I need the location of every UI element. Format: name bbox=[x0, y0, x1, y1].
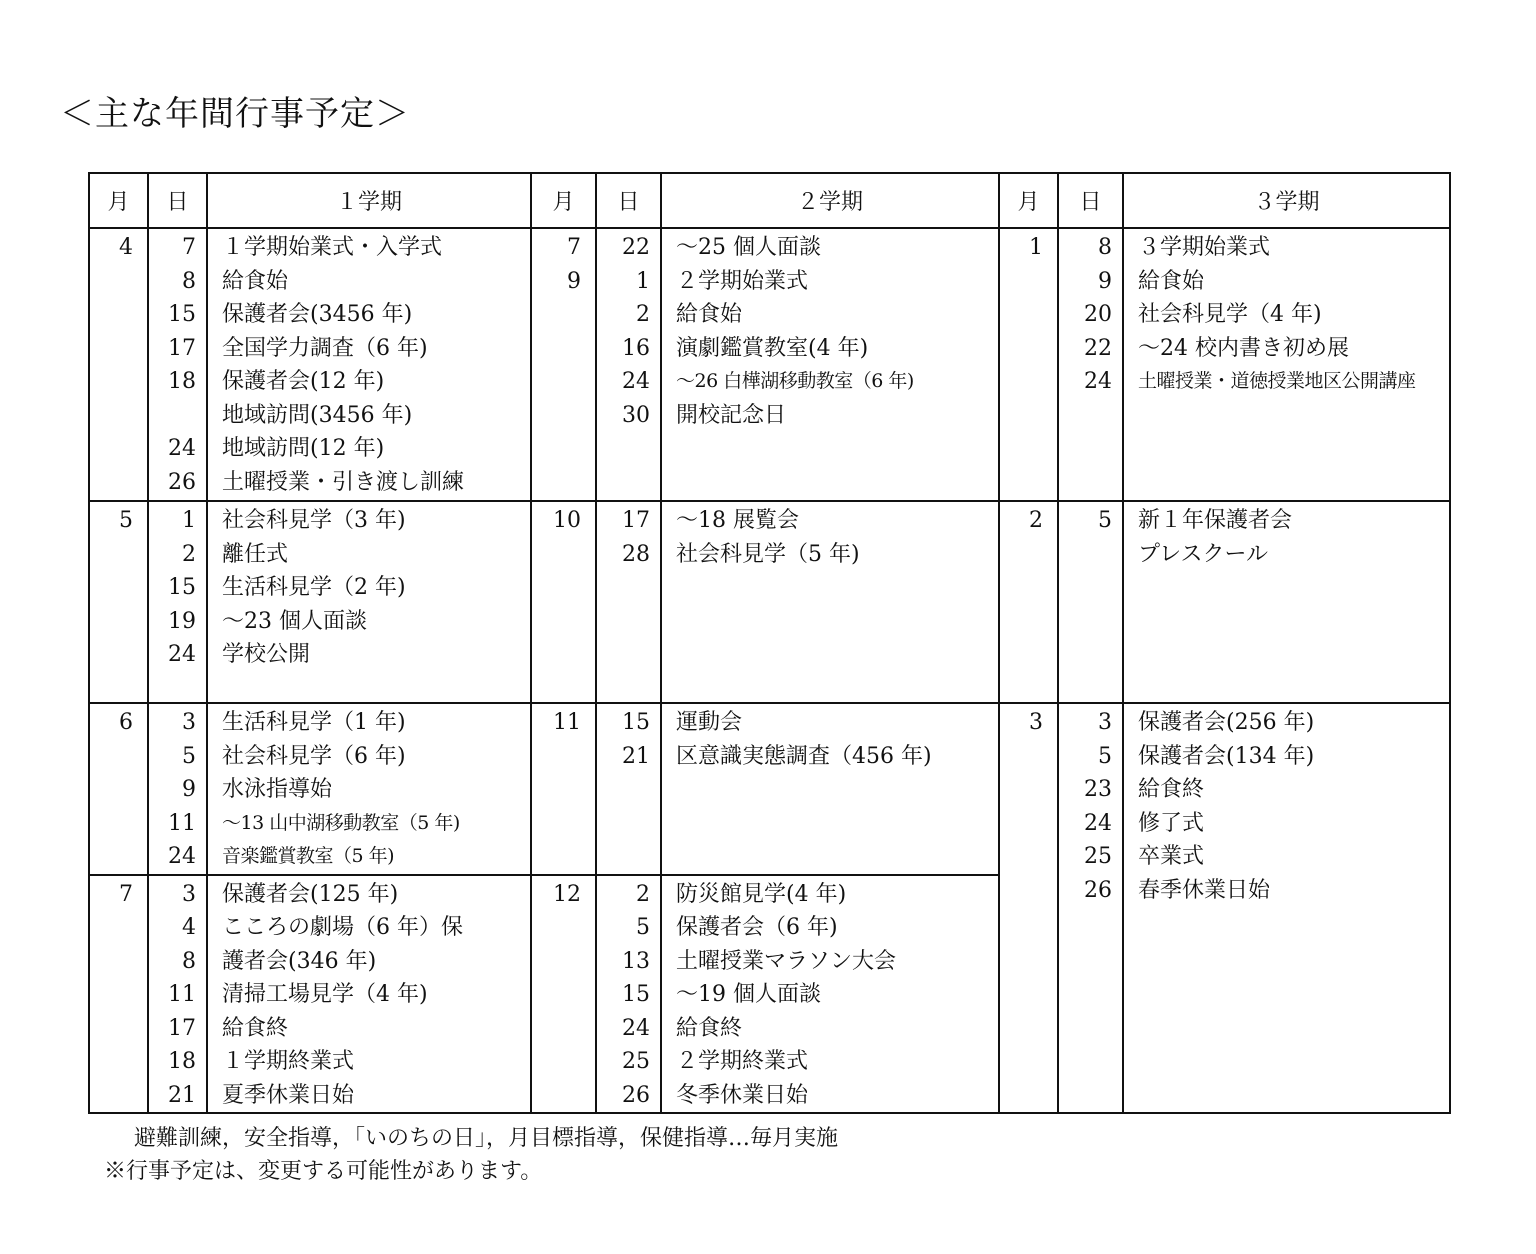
event-item: 全国学力調査（6 年) bbox=[222, 332, 530, 366]
header-term1: １学期 bbox=[207, 173, 531, 228]
table-row: 6 3 5 9 11 24 生活科見学（1 年) 社会科見学（6 年) 水泳指導… bbox=[89, 703, 1450, 875]
event-item: 保護者会(12 年) bbox=[222, 365, 530, 399]
event-item: 地域訪問(12 年) bbox=[222, 432, 530, 466]
event-item: 修了式 bbox=[1138, 807, 1449, 841]
event-item: 給食始 bbox=[676, 298, 998, 332]
event-item: 給食終 bbox=[676, 1012, 998, 1046]
event-item: ～23 個人面談 bbox=[222, 605, 530, 639]
day-cell: 2 5 13 15 24 25 26 bbox=[596, 875, 661, 1114]
event-item: 土曜授業マラソン大会 bbox=[676, 945, 998, 979]
event-item: 春季休業日始 bbox=[1138, 874, 1449, 908]
day-cell: 17 28 bbox=[596, 501, 661, 703]
event-item: 区意識実態調査（456 年) bbox=[676, 740, 998, 774]
event-item: 保護者会(125 年) bbox=[222, 878, 530, 912]
events-cell: 生活科見学（1 年) 社会科見学（6 年) 水泳指導始 ～13 山中湖移動教室（… bbox=[207, 703, 531, 875]
event-item: 給食始 bbox=[1138, 265, 1449, 299]
event-item: 護者会(346 年) bbox=[222, 945, 530, 979]
header-term3: ３学期 bbox=[1123, 173, 1450, 228]
event-item: 生活科見学（2 年) bbox=[222, 571, 530, 605]
month-cell: 5 bbox=[89, 501, 148, 703]
footnotes: 避難訓練，安全指導，「いのちの日」，月目標指導，保健指導…毎月実施 ※行事予定は… bbox=[104, 1122, 838, 1188]
events-cell: 社会科見学（3 年) 離任式 生活科見学（2 年) ～23 個人面談 学校公開 bbox=[207, 501, 531, 703]
month-cell: 1 bbox=[999, 228, 1058, 501]
event-item: 防災館見学(4 年) bbox=[676, 878, 998, 912]
event-item: １学期始業式・入学式 bbox=[222, 231, 530, 265]
event-item: 新１年保護者会 bbox=[1138, 504, 1449, 538]
month-cell: 10 bbox=[531, 501, 596, 703]
events-cell: 保護者会(256 年) 保護者会(134 年) 給食終 修了式 卒業式 春季休業… bbox=[1123, 703, 1450, 1113]
day-cell: 8 9 20 22 24 bbox=[1058, 228, 1123, 501]
event-item: 夏季休業日始 bbox=[222, 1079, 530, 1113]
event-item: 保護者会（6 年) bbox=[676, 911, 998, 945]
header-row: 月 日 １学期 月 日 ２学期 月 日 ３学期 bbox=[89, 173, 1450, 228]
event-item: 給食終 bbox=[1138, 773, 1449, 807]
month-cell: 3 bbox=[999, 703, 1058, 1113]
header-day: 日 bbox=[1058, 173, 1123, 228]
event-item: ～24 校内書き初め展 bbox=[1138, 332, 1449, 366]
annual-schedule-table: 月 日 １学期 月 日 ２学期 月 日 ３学期 4 7 8 15 17 18 2… bbox=[88, 172, 1451, 1114]
day-cell: 3 5 9 11 24 bbox=[148, 703, 207, 875]
day-cell: 15 21 bbox=[596, 703, 661, 875]
month-cell: 12 bbox=[531, 875, 596, 1114]
day-cell: 22 1 2 16 24 30 bbox=[596, 228, 661, 501]
month-cell: 4 bbox=[89, 228, 148, 501]
event-item: 冬季休業日始 bbox=[676, 1079, 998, 1113]
month-cell: 7 bbox=[89, 875, 148, 1114]
header-term2: ２学期 bbox=[661, 173, 999, 228]
event-item: 水泳指導始 bbox=[222, 773, 530, 807]
event-item: ～19 個人面談 bbox=[676, 978, 998, 1012]
event-item: 保護者会(3456 年) bbox=[222, 298, 530, 332]
day-cell: 7 8 15 17 18 24 26 bbox=[148, 228, 207, 501]
day-cell: 3 4 8 11 17 18 21 bbox=[148, 875, 207, 1114]
event-item: ～18 展覧会 bbox=[676, 504, 998, 538]
month-cell: 2 bbox=[999, 501, 1058, 703]
event-item: 運動会 bbox=[676, 706, 998, 740]
header-month: 月 bbox=[531, 173, 596, 228]
events-cell: ～25 個人面談 ２学期始業式 給食始 演劇鑑賞教室(4 年) ～26 白樺湖移… bbox=[661, 228, 999, 501]
events-cell: 運動会 区意識実態調査（456 年) bbox=[661, 703, 999, 875]
event-item: 開校記念日 bbox=[676, 399, 998, 433]
day-cell: 3 5 23 24 25 26 bbox=[1058, 703, 1123, 1113]
event-item: 保護者会(134 年) bbox=[1138, 740, 1449, 774]
event-item: 卒業式 bbox=[1138, 840, 1449, 874]
event-item: 保護者会(256 年) bbox=[1138, 706, 1449, 740]
events-cell: 防災館見学(4 年) 保護者会（6 年) 土曜授業マラソン大会 ～19 個人面談… bbox=[661, 875, 999, 1114]
month-cell: 6 bbox=[89, 703, 148, 875]
event-item: ～13 山中湖移動教室（5 年) bbox=[222, 807, 530, 841]
day-cell: 1 2 15 19 24 bbox=[148, 501, 207, 703]
event-item: 給食始 bbox=[222, 265, 530, 299]
event-item: ２学期始業式 bbox=[676, 265, 998, 299]
header-month: 月 bbox=[999, 173, 1058, 228]
event-item: 離任式 bbox=[222, 538, 530, 572]
event-item: ２学期終業式 bbox=[676, 1045, 998, 1079]
events-cell: 新１年保護者会 プレスクール bbox=[1123, 501, 1450, 703]
event-item: 学校公開 bbox=[222, 638, 530, 672]
event-item: 社会科見学（3 年) bbox=[222, 504, 530, 538]
event-item: 土曜授業・引き渡し訓練 bbox=[222, 466, 530, 500]
event-item: 社会科見学（4 年) bbox=[1138, 298, 1449, 332]
day-cell: 5 bbox=[1058, 501, 1123, 703]
events-cell: ～18 展覧会 社会科見学（5 年) bbox=[661, 501, 999, 703]
event-item: こころの劇場（6 年）保 bbox=[222, 911, 530, 945]
table-row: 4 7 8 15 17 18 24 26 １学期始業式・入学式 給食始 保護者会… bbox=[89, 228, 1450, 501]
month-cell: 11 bbox=[531, 703, 596, 875]
page-title: ＜主な年間行事予定＞ bbox=[60, 90, 410, 138]
events-cell: 保護者会(125 年) こころの劇場（6 年）保 護者会(346 年) 清掃工場… bbox=[207, 875, 531, 1114]
events-cell: １学期始業式・入学式 給食始 保護者会(3456 年) 全国学力調査（6 年) … bbox=[207, 228, 531, 501]
event-item: ～25 個人面談 bbox=[676, 231, 998, 265]
event-item: 生活科見学（1 年) bbox=[222, 706, 530, 740]
header-day: 日 bbox=[596, 173, 661, 228]
table-row: 5 1 2 15 19 24 社会科見学（3 年) 離任式 生活科見学（2 年)… bbox=[89, 501, 1450, 703]
event-item: 音楽鑑賞教室（5 年) bbox=[222, 840, 530, 874]
monthly-activities-note: 避難訓練，安全指導，「いのちの日」，月目標指導，保健指導…毎月実施 bbox=[104, 1122, 838, 1155]
event-item: 演劇鑑賞教室(4 年) bbox=[676, 332, 998, 366]
month-cell: 7 9 bbox=[531, 228, 596, 501]
header-month: 月 bbox=[89, 173, 148, 228]
header-day: 日 bbox=[148, 173, 207, 228]
event-item: 清掃工場見学（4 年) bbox=[222, 978, 530, 1012]
event-item: 給食終 bbox=[222, 1012, 530, 1046]
event-item: プレスクール bbox=[1138, 538, 1449, 572]
events-cell: ３学期始業式 給食始 社会科見学（4 年) ～24 校内書き初め展 土曜授業・道… bbox=[1123, 228, 1450, 501]
event-item: 社会科見学（6 年) bbox=[222, 740, 530, 774]
event-item: ～26 白樺湖移動教室（6 年) bbox=[676, 365, 998, 399]
event-item: １学期終業式 bbox=[222, 1045, 530, 1079]
event-item: 社会科見学（5 年) bbox=[676, 538, 998, 572]
event-item: 土曜授業・道徳授業地区公開講座 bbox=[1138, 365, 1449, 399]
event-item: ３学期始業式 bbox=[1138, 231, 1449, 265]
schedule-change-disclaimer: ※行事予定は、変更する可能性があります。 bbox=[104, 1155, 838, 1188]
event-item: 地域訪問(3456 年) bbox=[222, 399, 530, 433]
